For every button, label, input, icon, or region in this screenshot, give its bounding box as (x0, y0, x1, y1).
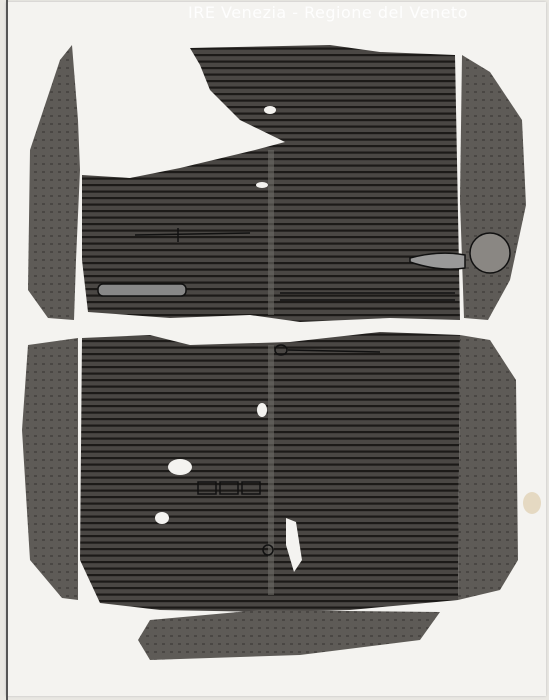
manuscript-fragments (0, 0, 549, 700)
fragment-bottom-strip (138, 610, 440, 660)
fragment-left-upper (28, 45, 80, 320)
fragment-right-lower (458, 335, 518, 600)
fragment-right-upper (460, 55, 526, 320)
fragment-left-lower (22, 338, 78, 600)
watermark-text: IRE Venezia - Regione del Veneto (188, 3, 468, 22)
stain-mark (523, 492, 541, 514)
